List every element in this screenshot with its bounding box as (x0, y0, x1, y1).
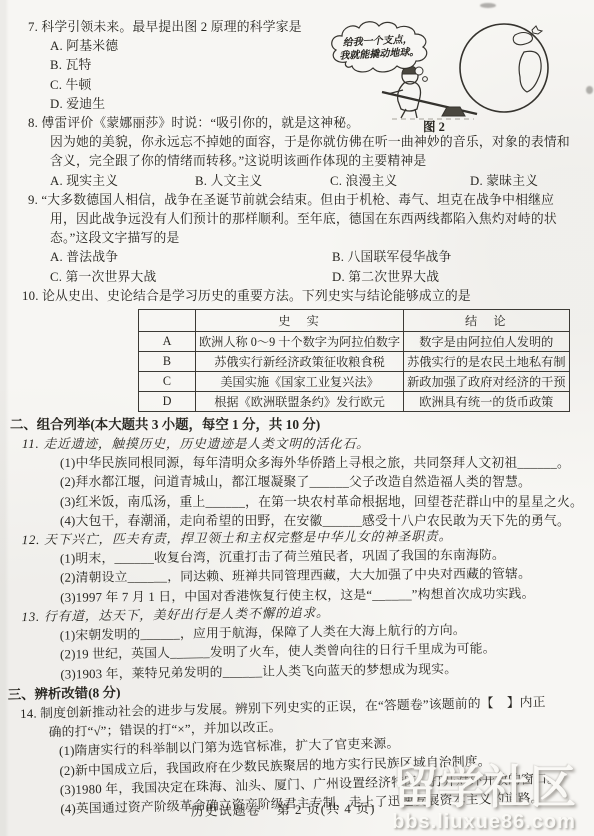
question-9: 9. “大多数德国人相信，战争在圣诞节前就会结束。但由于机枪、毒气、坦克在战争中… (0, 191, 594, 287)
q9-option-b: B. 八国联军侵华战争 (332, 248, 594, 267)
fulcrum-icon (442, 107, 465, 116)
q10-stem: 10. 论从史出、史论结合是学习历史的重要方法。下列史实与结论能够成立的是 (0, 287, 594, 306)
archimedes-cartoon: 给我一个支点， 我就能撬动地球。 (326, 20, 570, 120)
row-label: A (139, 332, 196, 352)
exam-content: 给我一个支点， 我就能撬动地球。 图 2 7. 科学引领未来。最早提出图 2 原… (0, 0, 594, 836)
question-10: 10. 论从史出、史论结合是学习历史的重要方法。下列史实与结论能够成立的是 史 … (0, 287, 594, 412)
q8-option-c: C. 浪漫主义 (330, 172, 470, 191)
q11-item-2: (2)拜水都江堰，问道青城山，都江堰凝聚了______父子改造自然造福人类的智慧… (0, 473, 594, 492)
footer-title: 历史试题卷 (191, 803, 261, 819)
section-2-heading: 二、组合列举(本大题共 3 小题，每空 1 分，共 10 分) (0, 415, 594, 435)
table-row: D 根据《欧洲联盟条约》发行欧元 欧洲具有统一的货币政策 (139, 392, 570, 412)
row-fact: 根据《欧洲联盟条约》发行欧元 (196, 392, 404, 412)
header-conclusion: 结 论 (404, 310, 569, 332)
q11-stem: 11. 走近遗迹，触摸历史，历史遗迹是人类文明的活化石。 (0, 435, 594, 454)
table-header-row: 史 实 结 论 (139, 310, 570, 332)
table-row: B 苏俄实行新经济政策征收粮食税 苏俄实行的是农民土地私有制 (139, 352, 570, 372)
q11-item-3: (3)红米饭，南瓜汤，重上______，在第一块农村革命根据地，回望苍茫群山中的… (0, 493, 594, 512)
fact-conclusion-table: 史 实 结 论 A 欧洲人称 0～9 十个数字为阿拉伯数字 数字是由阿拉伯人发明… (138, 309, 570, 412)
q8-stem-line2: 因为她的美貌，你永远忘不掉她的面容，于是你就仿佛在听一曲神妙的音乐，对象的表情和 (0, 133, 594, 152)
figure-2: 给我一个支点， 我就能撬动地球。 图 2 (326, 20, 570, 134)
row-label: C (139, 372, 196, 392)
q8-option-b: B. 人文主义 (195, 172, 330, 191)
table-row: C 美国实施《国家工业复兴法》 新政加强了政府对经济的干预 (139, 372, 570, 392)
question-11: 11. 走近遗迹，触摸历史，历史遗迹是人类文明的活化石。 (1)中华民族同根同源… (0, 435, 594, 531)
q9-stem-line2: 用，因此战争远没有人们预计的那样顺利。至年底，德国在东西两线都陷入焦灼对峙的状 (0, 210, 594, 229)
row-fact: 苏俄实行新经济政策征收粮食税 (196, 352, 404, 372)
row-label: D (139, 392, 196, 412)
lever-icon (382, 92, 477, 114)
q9-stem-line1: 9. “大多数德国人相信，战争在圣诞节前就会结束。但由于机枪、毒气、坦克在战争中… (0, 191, 594, 210)
globe-landmark (532, 26, 542, 34)
q9-option-a: A. 普法战争 (50, 248, 332, 267)
question-7: 给我一个支点， 我就能撬动地球。 图 2 7. 科学引领未来。最早提出图 2 原… (0, 18, 594, 114)
header-fact: 史 实 (196, 310, 404, 332)
row-conclusion: 欧洲具有统一的货币政策 (404, 392, 569, 412)
row-conclusion: 数字是由阿拉伯人发明的 (404, 332, 569, 352)
row-conclusion: 苏俄实行的是农民土地私有制 (404, 352, 569, 372)
q8-stem-line3: 含义，完全跟了你的情绪而转移。”这说明该画作体现的主要精神是 (0, 152, 594, 171)
q8-option-a: A. 现实主义 (50, 172, 195, 191)
row-label: B (139, 352, 196, 372)
table-row: A 欧洲人称 0～9 十个数字为阿拉伯数字 数字是由阿拉伯人发明的 (139, 332, 570, 352)
globe-continent-africa (519, 51, 541, 92)
header-blank (139, 310, 196, 332)
figure-caption: 图 2 (312, 120, 556, 134)
row-fact: 美国实施《国家工业复兴法》 (196, 372, 404, 392)
question-12: 12. 天下兴亡，匹夫有责，捍卫领土和主权完整是中华儿女的神圣职责。 (1)明末… (0, 526, 594, 608)
question-13: 13. 行有道，达天下，美好出行是人类不懈的追求。 (1)宋朝发明的______… (0, 600, 594, 685)
q9-option-d: D. 第二次世界大战 (332, 268, 594, 287)
q11-item-1: (1)中华民族同根同源，每年清明众多海外华侨踏上寻根之旅，共同祭拜人文初祖___… (0, 454, 594, 473)
globe-icon (460, 24, 548, 112)
globe-continent-europe (513, 33, 532, 45)
q9-stem-line3: 态。”这段文字描写的是 (0, 229, 594, 248)
q8-option-d: D. 蒙昧主义 (470, 172, 594, 191)
row-conclusion: 新政加强了政府对经济的干预 (404, 372, 569, 392)
footer-page-number: 第 2 页(共 4 页) (277, 801, 376, 818)
exam-page: 给我一个支点， 我就能撬动地球。 图 2 7. 科学引领未来。最早提出图 2 原… (0, 0, 594, 836)
q9-option-c: C. 第一次世界大战 (50, 268, 332, 287)
row-fact: 欧洲人称 0～9 十个数字为阿拉伯数字 (196, 332, 404, 352)
